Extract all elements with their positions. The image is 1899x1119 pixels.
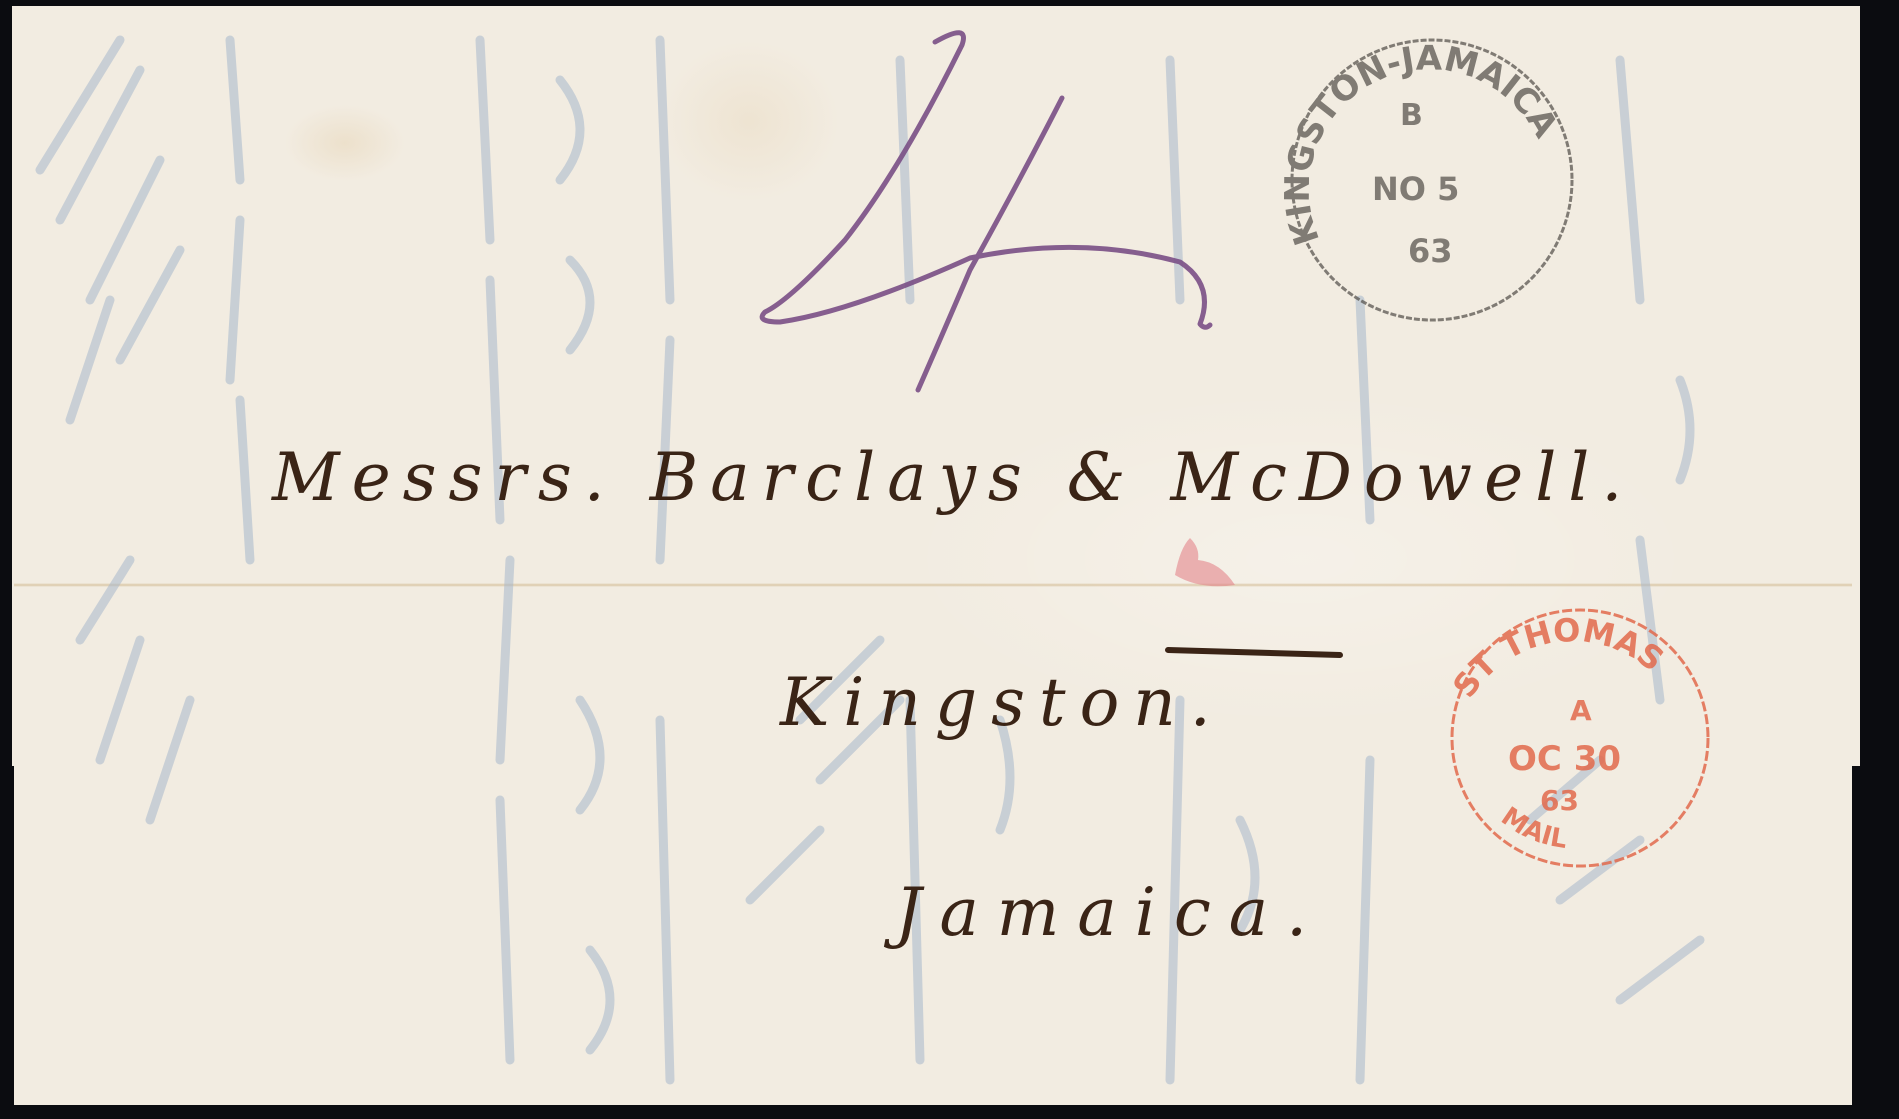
address-line-1: Messrs. Barclays & McDowell. — [271, 439, 1634, 516]
manuscript-address: Messrs. Barclays & McDowell. Kingston. J… — [0, 0, 1899, 1119]
address-line-3: Jamaica. — [883, 874, 1325, 951]
address-line-2: Kingston. — [779, 664, 1225, 741]
